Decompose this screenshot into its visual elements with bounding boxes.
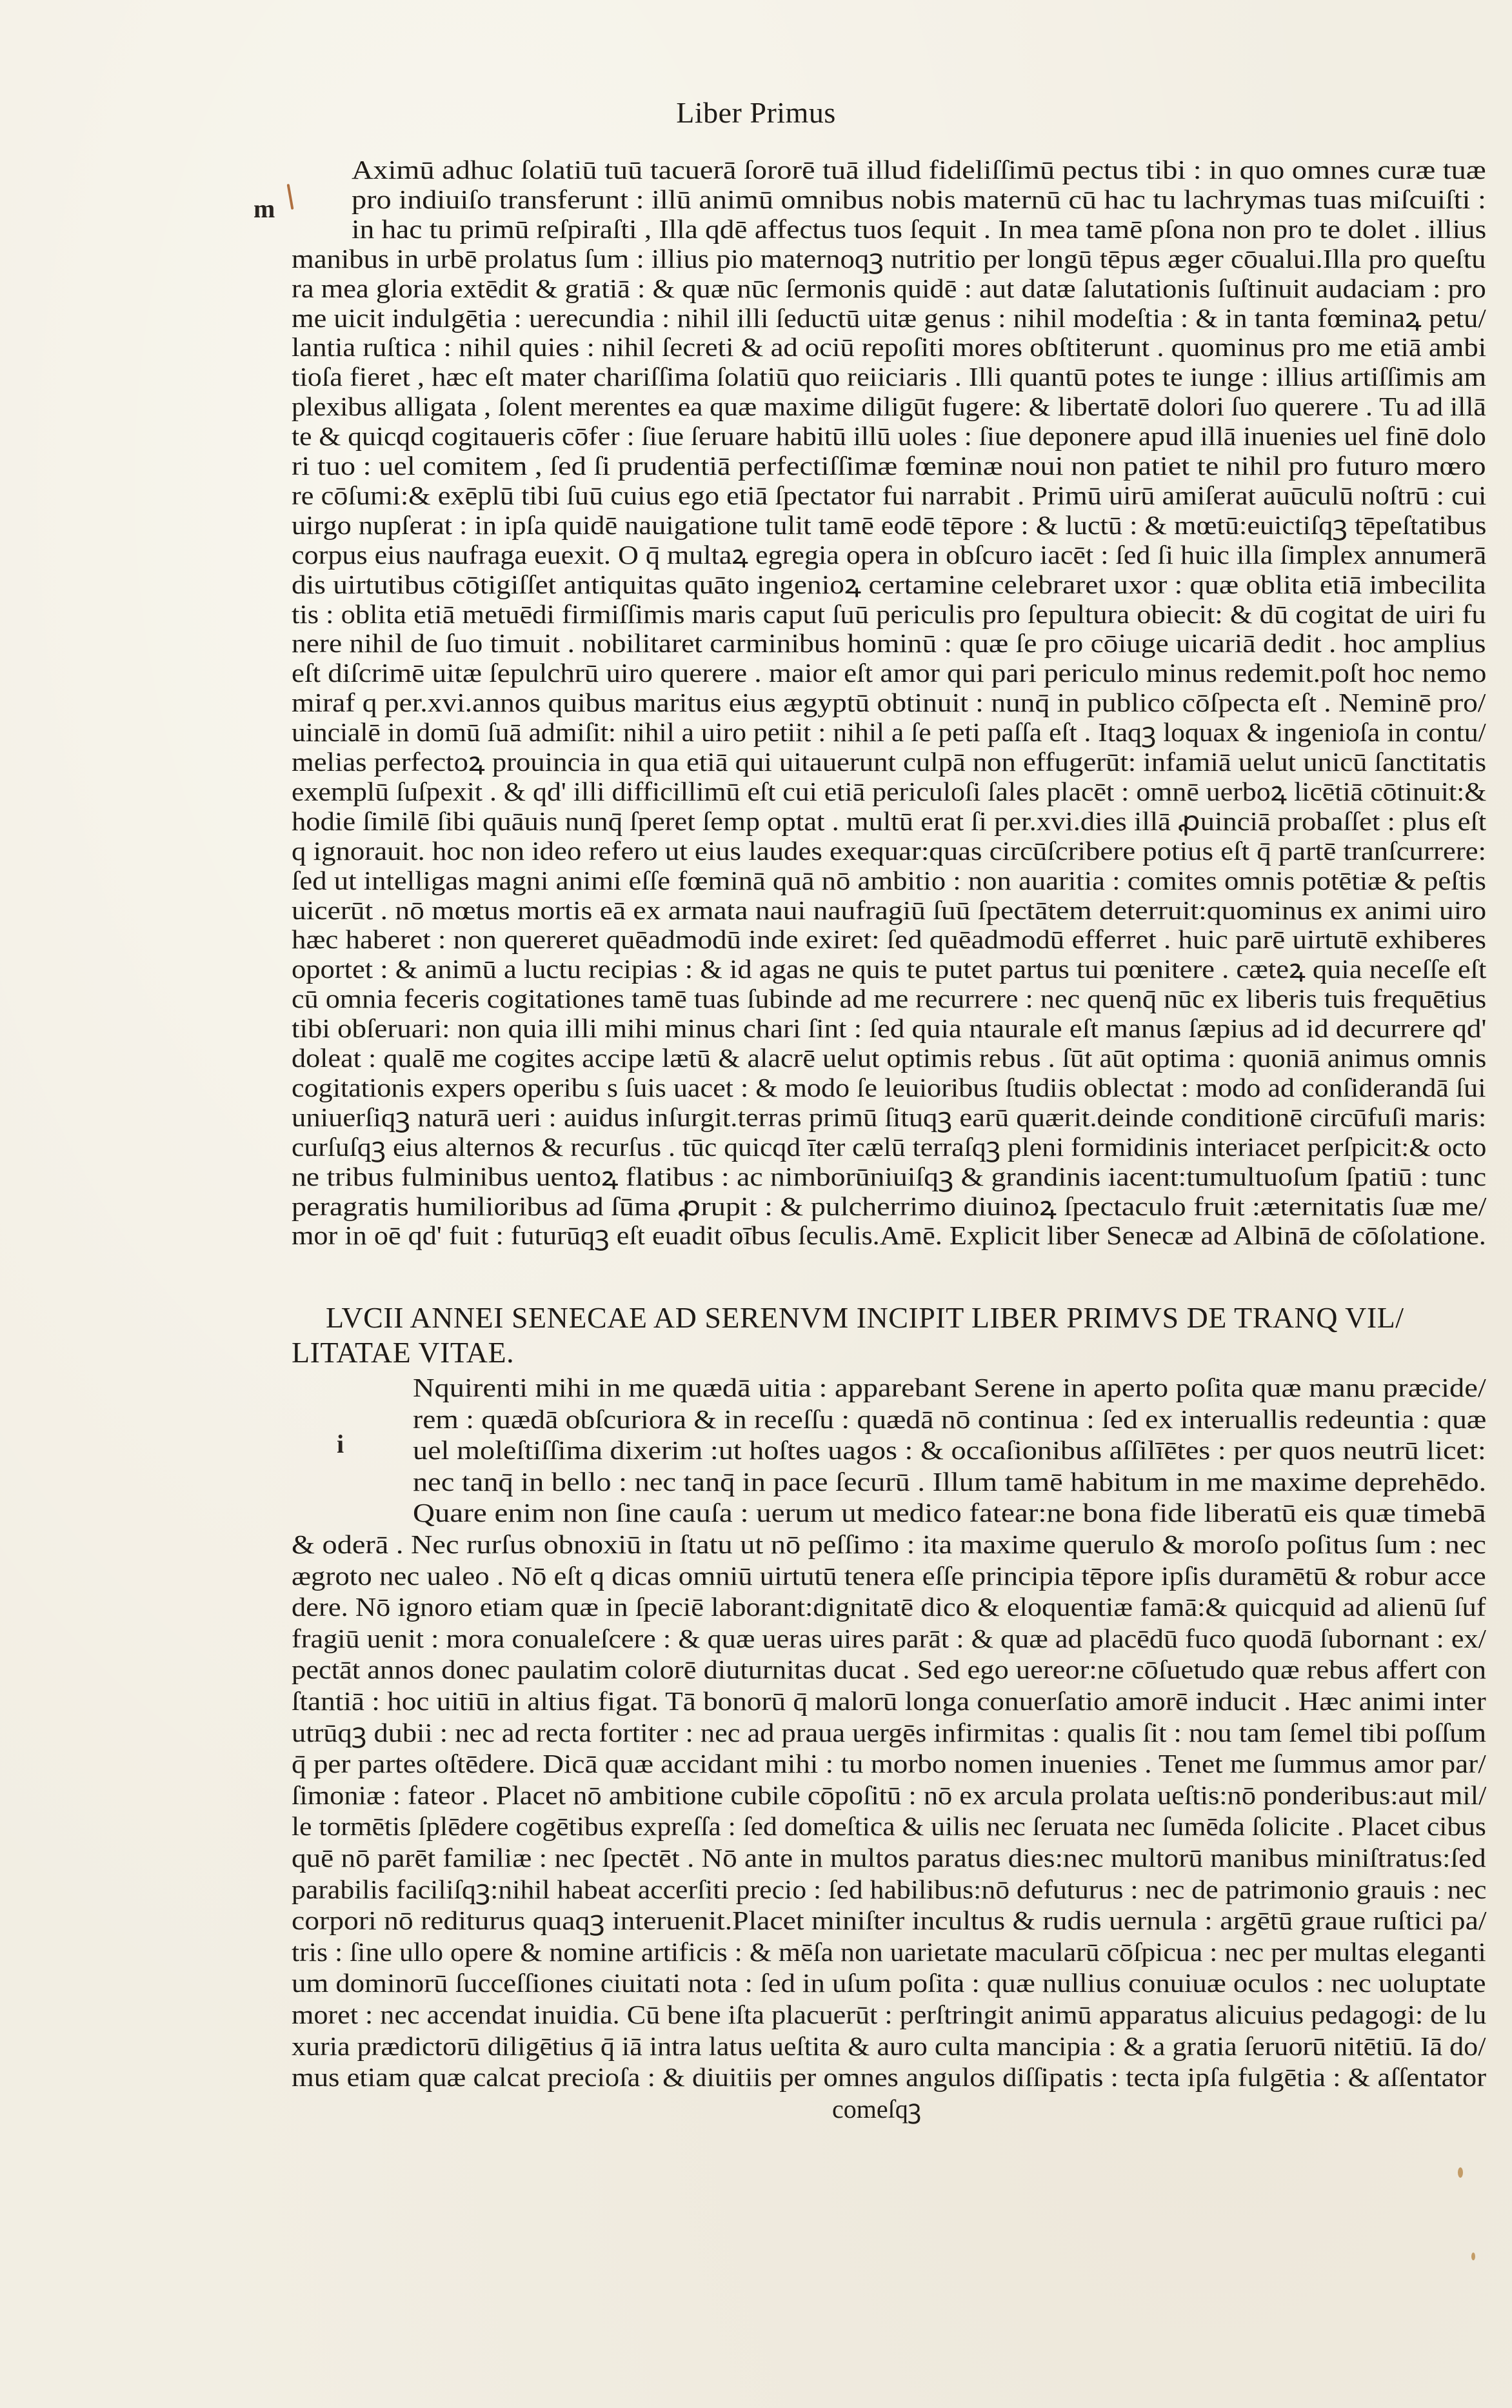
text-line: pectāt annos donec paulatim colorē diutu…	[292, 1655, 1486, 1684]
section-heading-line-2: LITATAE VITAE.	[292, 1335, 514, 1369]
text-line: eſt diſcrimē uitæ ſepulchrū uiro querere…	[292, 658, 1486, 688]
text-line: mus etiam quæ calcat precioſa : & diuiti…	[292, 2062, 1486, 2092]
text-line: uirgo nupſerat : in ipſa quidē nauigatio…	[292, 510, 1486, 540]
text-line: pro indiuiſo transferunt : illū animū om…	[352, 184, 1486, 214]
text-line: ra mea gloria extēdit & gratiā : & quæ n…	[292, 274, 1486, 303]
text-line: Aximū adhuc ſolatiū tuū tacuerā ſororē t…	[352, 155, 1486, 184]
paper-stain	[1458, 2167, 1463, 2178]
text-line: nere nihil de ſuo timuit . nobilitaret c…	[292, 628, 1486, 658]
text-line: lantia ruſtica : nihil quies : nihil ſec…	[292, 332, 1486, 362]
text-line: q̄ per partes oſtēdere. Dicā quæ accidan…	[292, 1749, 1486, 1778]
text-line: nec tanq̄ in bello : nec tanq̄ in pace ſ…	[413, 1467, 1486, 1497]
text-line: tris : ſine ullo opere & nomine artifici…	[292, 1937, 1486, 1967]
text-line: moret : nec accendat inuidia. Cū bene iſ…	[292, 2000, 1486, 2029]
text-line: fragiū uenit : mora conualeſcere : & quæ…	[292, 1624, 1486, 1653]
text-line: q ignorauit. hoc non ideo refero ut eius…	[292, 836, 1486, 866]
text-line: uniuerſiqꝫ naturā ueri : auidus inſurgit…	[292, 1102, 1486, 1132]
text-line: utrūqꝫ dubii : nec ad recta fortiter : n…	[292, 1718, 1486, 1747]
text-line: me uicit indulgētia : uerecundia : nihil…	[292, 303, 1486, 333]
running-head: Liber Primus	[0, 95, 1512, 130]
text-line: peragratis humilioribus ad ſūma ꝓrupit :…	[292, 1191, 1486, 1221]
text-line: rem : quædā obſcuriora & in receſſu : qu…	[413, 1404, 1486, 1434]
text-line: mor in oē qd' fuit : futurūqꝫ eſt euadit…	[292, 1220, 1486, 1250]
text-line: ſed ut intelligas magni animi eſſe fœmin…	[292, 866, 1486, 895]
text-line: melias perfectoꝝ prouincia in qua etiā q…	[292, 747, 1486, 777]
text-line: ri tuo : uel comitem , ſed ſi prudentiā …	[292, 451, 1486, 481]
text-line: curſuſqꝫ eius alternos & recurſus . tūc …	[292, 1132, 1486, 1162]
text-line: le tormētis ſplēdere cogētibus expreſſa …	[292, 1811, 1486, 1841]
text-line: corpus eius naufraga euexit. O q̄ multaꝝ…	[292, 540, 1486, 570]
section-heading-line-1: LVCII ANNEI SENECAE AD SERENVM INCIPIT L…	[326, 1300, 1404, 1335]
book-page: Liber Primus m Aximū adhuc ſolatiū tuū t…	[0, 0, 1512, 2408]
text-line: uicerūt . nō mœtus mortis eā ex armata n…	[292, 895, 1486, 925]
text-line: miraf q per.xvi.annos quibus maritus eiu…	[292, 688, 1486, 717]
text-line: tioſa fieret , hæc eſt mater chariſſima …	[292, 362, 1486, 392]
text-line: hæc haberet : non quereret quēadmodū ind…	[292, 924, 1486, 954]
text-line: ægroto nec ualeo . Nō eſt q dicas omniū …	[292, 1561, 1486, 1591]
catchword: comeſqꝫ	[832, 2090, 921, 2125]
text-line: parabilis faciliſqꝫ:nihil habeat accerſi…	[292, 1875, 1486, 1904]
text-line: ne tribus fulminibus uentoꝝ flatibus : a…	[292, 1162, 1486, 1191]
text-line: uincialē in domū ſuā admiſit: nihil a ui…	[292, 717, 1486, 747]
text-line: um dominorū ſucceſſiones ciuitati nota :…	[292, 1968, 1486, 1998]
text-line: dere. Nō ignoro etiam quæ in ſpeciē labo…	[292, 1592, 1486, 1622]
text-line: quē nō parēt familiæ : nec ſpectēt . Nō …	[292, 1843, 1486, 1873]
text-line: exemplū ſuſpexit . & qd' illi difficilli…	[292, 777, 1486, 806]
text-line: Quare enim non ſine cauſa : uerum ut med…	[413, 1498, 1486, 1527]
guide-letter-m: m	[254, 194, 275, 224]
text-line: cogitationis expers operibu s ſuis uacet…	[292, 1073, 1486, 1102]
text-line: hodie ſimilē ſibi quāuis nunq̄ ſperet ſe…	[292, 806, 1486, 836]
text-line: ſimoniæ : fateor . Placet nō ambitione c…	[292, 1780, 1486, 1810]
text-line: tibi obſeruari: non quia illi mihi minus…	[292, 1013, 1486, 1043]
paper-stain	[1471, 2253, 1475, 2260]
text-line: Nquirenti mihi in me quædā uitia : appar…	[413, 1373, 1486, 1402]
text-line: tis : oblita etiā metuēdi firmiſſimis ma…	[292, 599, 1486, 629]
text-line: in hac tu primū reſpiraſti , Illa qdē af…	[352, 214, 1486, 244]
ink-mark	[287, 184, 294, 210]
text-line: re cōſumi:& exēplū tibi ſuū cuius ego et…	[292, 481, 1486, 510]
text-line: dis uirtutibus cōtigiſſet antiquitas quā…	[292, 570, 1486, 599]
text-line: & oderā . Nec rurſus obnoxiū in ſtatu ut…	[292, 1529, 1486, 1559]
text-line: plexibus alligata , ſolent merentes ea q…	[292, 392, 1486, 421]
guide-letter-i: i	[337, 1429, 344, 1459]
text-line: cū omnia feceris cogitationes tamē tuas …	[292, 984, 1486, 1013]
text-line: uel moleſtiſſima dixerim :ut hoſtes uago…	[413, 1435, 1486, 1465]
text-line: ſtantiā : hoc uitiū in altius figat. Tā …	[292, 1686, 1486, 1716]
text-line: corpori nō rediturus quaqꝫ interuenit.Pl…	[292, 1906, 1486, 1935]
text-line: te & quicqd cogitaueris cōfer : ſiue ſer…	[292, 421, 1486, 451]
text-line: oportet : & animū a luctu recipias : & i…	[292, 954, 1486, 984]
text-line: xuria prædictorū diligētius q̄ iā intra …	[292, 2031, 1486, 2061]
text-line: doleat : qualē me cogites accipe lætū & …	[292, 1043, 1486, 1073]
text-line: manibus in urbē prolatus ſum : illius pi…	[292, 244, 1486, 274]
